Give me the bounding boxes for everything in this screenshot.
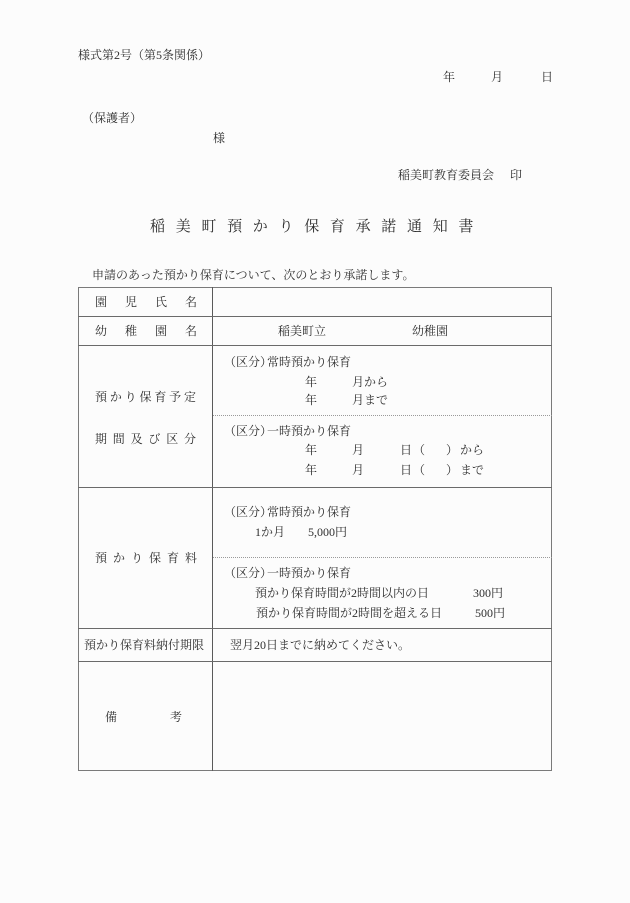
date-day-label: 日 xyxy=(541,70,553,84)
table-column-divider xyxy=(212,287,213,771)
fee-label: 預かり保育料 xyxy=(95,551,197,565)
recipient-honorific: 様 xyxy=(213,131,225,145)
intro-text: 申請のあった預かり保育について、次のとおり承諾します。 xyxy=(92,268,414,282)
recipient-label: （保護者） xyxy=(82,111,142,125)
fee-dotted-divider xyxy=(213,557,552,558)
period-regular-from-year: 年 xyxy=(305,375,317,389)
period-temporary-from-paren-open: （ xyxy=(413,443,425,457)
period-regular-to-month: 月まで xyxy=(352,393,388,407)
fee-temporary-category: 一時預かり保育 xyxy=(267,566,351,580)
document-title: 稲美町預かり保育承諾通知書 xyxy=(150,218,484,236)
fee-temporary-item-desc: 預かり保育時間が2時間を超える日 xyxy=(256,606,442,620)
period-temporary-category: 一時預かり保育 xyxy=(267,424,351,438)
fee-temporary-item-desc: 預かり保育時間が2時間以内の日 xyxy=(255,586,429,600)
table-row-divider xyxy=(78,628,552,629)
period-temporary-to-paren-open: （ xyxy=(413,463,425,477)
period-regular-from-month: 月から xyxy=(352,375,388,389)
kindergarten-label: 幼稚園名 xyxy=(95,324,197,338)
period-temporary-to-day: 日 xyxy=(400,463,412,477)
fee-regular-unit: 1か月 xyxy=(255,525,285,539)
date-month-label: 月 xyxy=(491,70,503,84)
period-temporary-from-suffix: から xyxy=(460,443,484,457)
table-row-divider xyxy=(78,487,552,488)
fee-regular-category: 常時預かり保育 xyxy=(267,505,351,519)
table-row-divider xyxy=(78,661,552,662)
form-number: 様式第2号（第5条関係） xyxy=(78,48,210,62)
fee-regular-category-prefix: （区分） xyxy=(224,505,272,519)
period-dotted-divider xyxy=(213,415,552,416)
deadline-label: 預かり保育料納付期限 xyxy=(84,638,204,652)
table-row-divider xyxy=(78,345,552,346)
date-year-label: 年 xyxy=(443,70,455,84)
deadline-value: 翌月20日までに納めてください。 xyxy=(230,638,410,652)
period-temporary-from-day: 日 xyxy=(400,443,412,457)
child-name-field[interactable] xyxy=(224,295,544,309)
kindergarten-prefix: 稲美町立 xyxy=(278,324,326,338)
period-temporary-category-prefix: （区分） xyxy=(224,424,272,438)
kindergarten-suffix: 幼稚園 xyxy=(412,324,448,338)
period-label-line1: 預かり保育予定 xyxy=(95,390,196,404)
period-temporary-to-year: 年 xyxy=(305,463,317,477)
fee-temporary-item-amount: 500円 xyxy=(475,606,505,620)
remarks-field[interactable] xyxy=(224,670,544,760)
fee-temporary-category-prefix: （区分） xyxy=(224,566,272,580)
table-row-divider xyxy=(78,316,552,317)
period-regular-category-prefix: （区分） xyxy=(224,355,272,369)
period-label-line2: 期間及び区分 xyxy=(95,432,196,446)
issuer-name: 稲美町教育委員会 xyxy=(398,168,494,182)
period-temporary-from-year: 年 xyxy=(305,443,317,457)
period-temporary-to-paren-close: ） xyxy=(446,463,458,477)
fee-regular-amount: 5,000円 xyxy=(308,525,347,539)
period-temporary-from-paren-close: ） xyxy=(446,443,458,457)
issuer-seal: 印 xyxy=(510,168,522,182)
period-temporary-to-month: 月 xyxy=(352,463,364,477)
period-temporary-from-month: 月 xyxy=(352,443,364,457)
remarks-label: 備考 xyxy=(105,710,182,724)
period-regular-to-year: 年 xyxy=(305,393,317,407)
child-name-label: 園児氏名 xyxy=(95,295,197,309)
period-regular-category: 常時預かり保育 xyxy=(267,355,351,369)
fee-temporary-item-amount: 300円 xyxy=(473,586,503,600)
period-temporary-to-suffix: まで xyxy=(460,463,484,477)
